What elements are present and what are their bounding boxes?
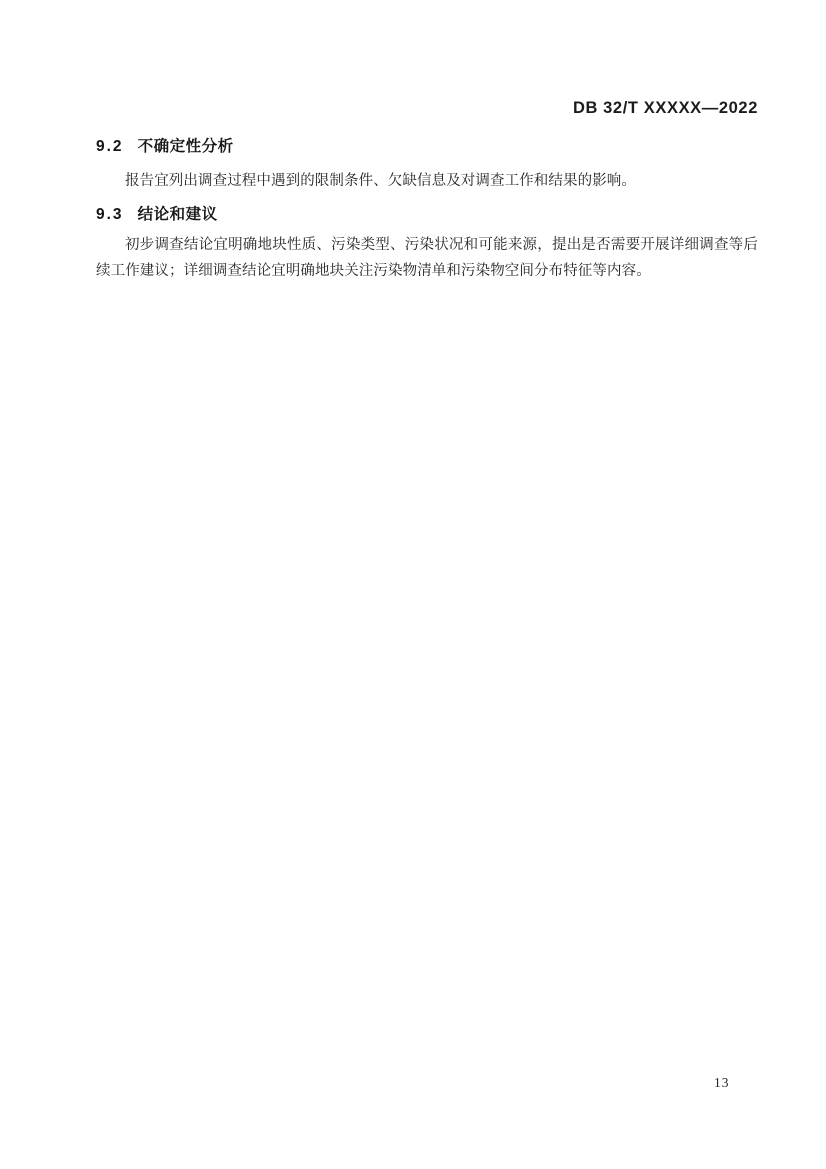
page-number: 13 [714,1075,730,1091]
section-heading-9-2: 9.2不确定性分析 [96,134,760,156]
section-number: 9.2 [96,138,124,156]
section-title: 结论和建议 [138,206,218,223]
section-number: 9.3 [96,206,124,224]
section-9-2-paragraph: 报告宜列出调查过程中遇到的限制条件、欠缺信息及对调查工作和结果的影响。 [96,169,758,195]
section-title: 不确定性分析 [138,138,234,155]
standard-number-header: DB 32/T XXXXX—2022 [573,99,758,118]
section-heading-9-3: 9.3结论和建议 [96,202,760,224]
document-page: DB 32/T XXXXX—2022 9.2不确定性分析 报告宜列出调查过程中遇… [0,0,826,1169]
section-9-3-paragraph: 初步调查结论宜明确地块性质、污染类型、污染状况和可能来源，提出是否需要开展详细调… [96,233,758,284]
